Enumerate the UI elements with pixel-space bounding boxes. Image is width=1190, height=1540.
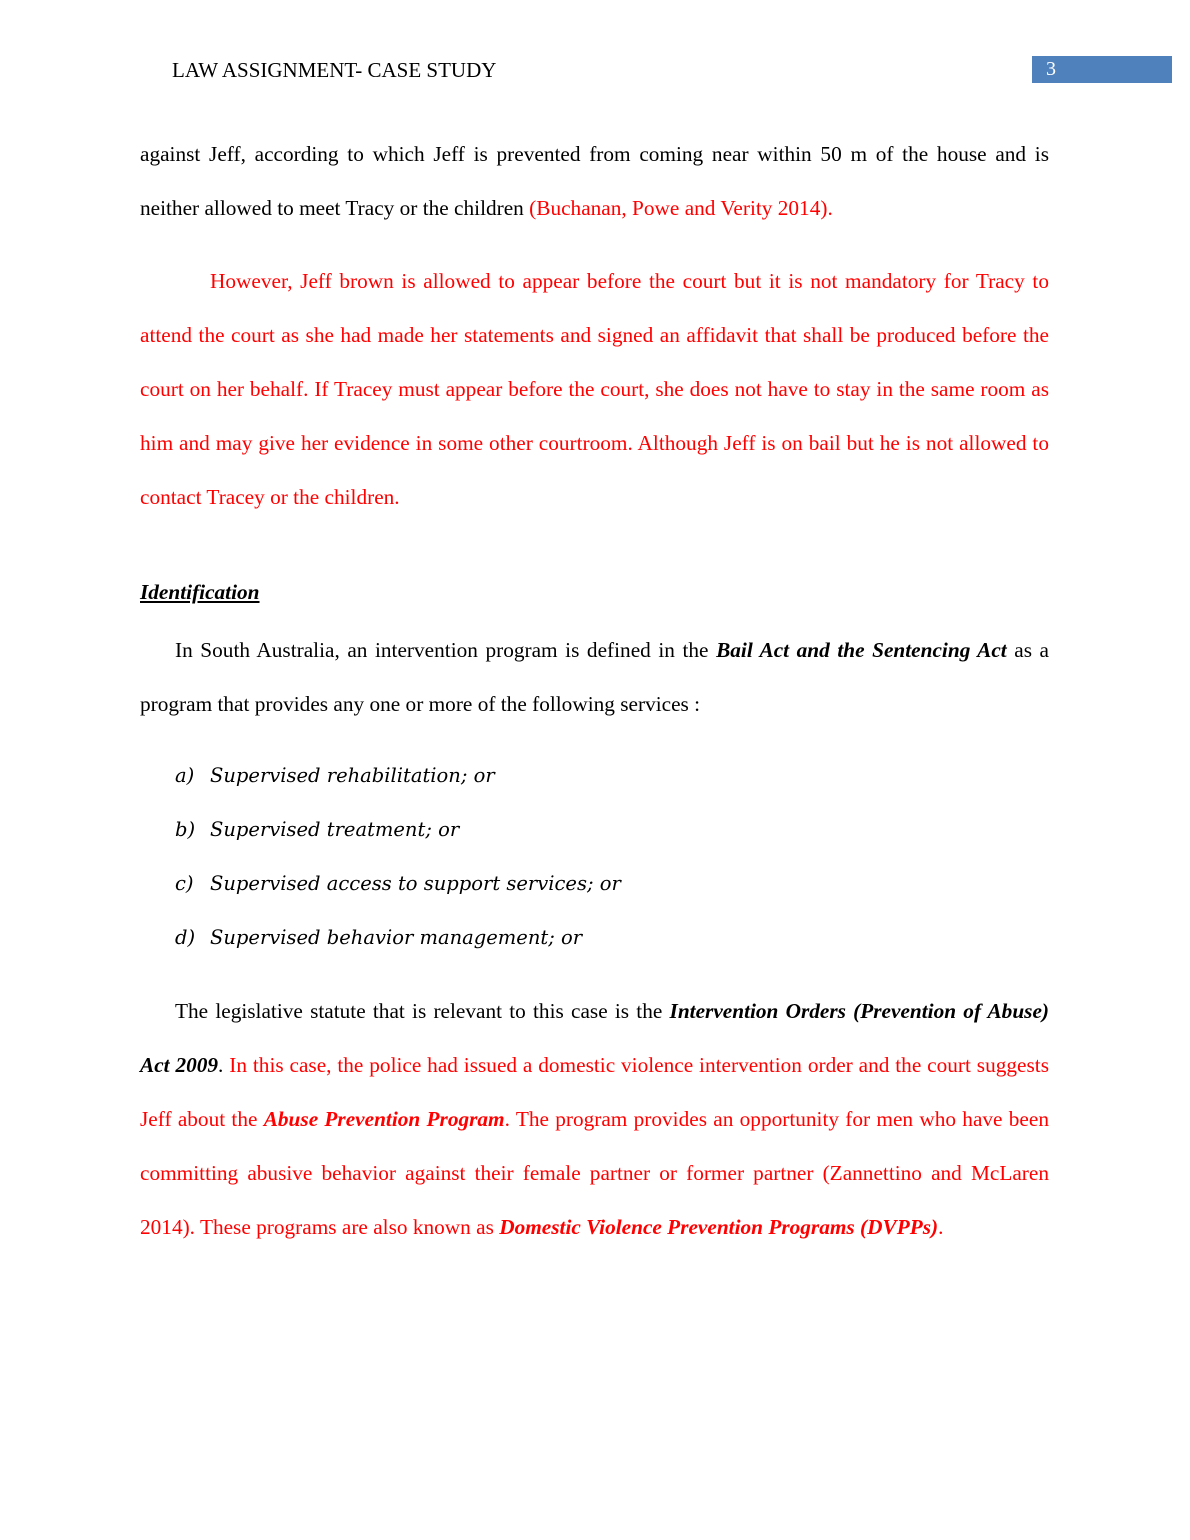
list-marker: a) xyxy=(175,760,205,792)
paragraph-text: The legislative statute that is relevant… xyxy=(175,999,670,1023)
paragraph-court-appearance: However, Jeff brown is allowed to appear… xyxy=(140,254,1049,524)
running-header-title: LAW ASSIGNMENT- CASE STUDY xyxy=(172,58,496,83)
act-name: Bail Act and the Sentencing Act xyxy=(716,638,1007,662)
list-marker: c) xyxy=(175,868,205,900)
paragraph-order-conditions: against Jeff, according to which Jeff is… xyxy=(140,127,1049,235)
list-item-text: Supervised treatment; or xyxy=(210,814,459,846)
program-name: Abuse Prevention Program xyxy=(264,1107,505,1131)
list-marker: d) xyxy=(175,922,205,954)
paragraph-legislative-statute: The legislative statute that is relevant… xyxy=(140,984,1049,1254)
paragraph-intervention-definition: In South Australia, an intervention prog… xyxy=(140,623,1049,731)
citation: (Buchanan, Powe and Verity 2014). xyxy=(529,196,833,220)
paragraph-text: In South Australia, an intervention prog… xyxy=(175,638,716,662)
paragraph-text: . xyxy=(938,1215,943,1239)
page-number-box: 3 xyxy=(1032,56,1172,83)
list-item-text: Supervised access to support services; o… xyxy=(210,868,621,900)
dvpp-name: Domestic Violence Prevention Programs (D… xyxy=(499,1215,938,1239)
section-heading-identification: Identification xyxy=(140,580,260,605)
page-number: 3 xyxy=(1046,58,1056,81)
list-item-text: Supervised rehabilitation; or xyxy=(210,760,495,792)
list-item-text: Supervised behavior management; or xyxy=(210,922,582,954)
list-marker: b) xyxy=(175,814,205,846)
